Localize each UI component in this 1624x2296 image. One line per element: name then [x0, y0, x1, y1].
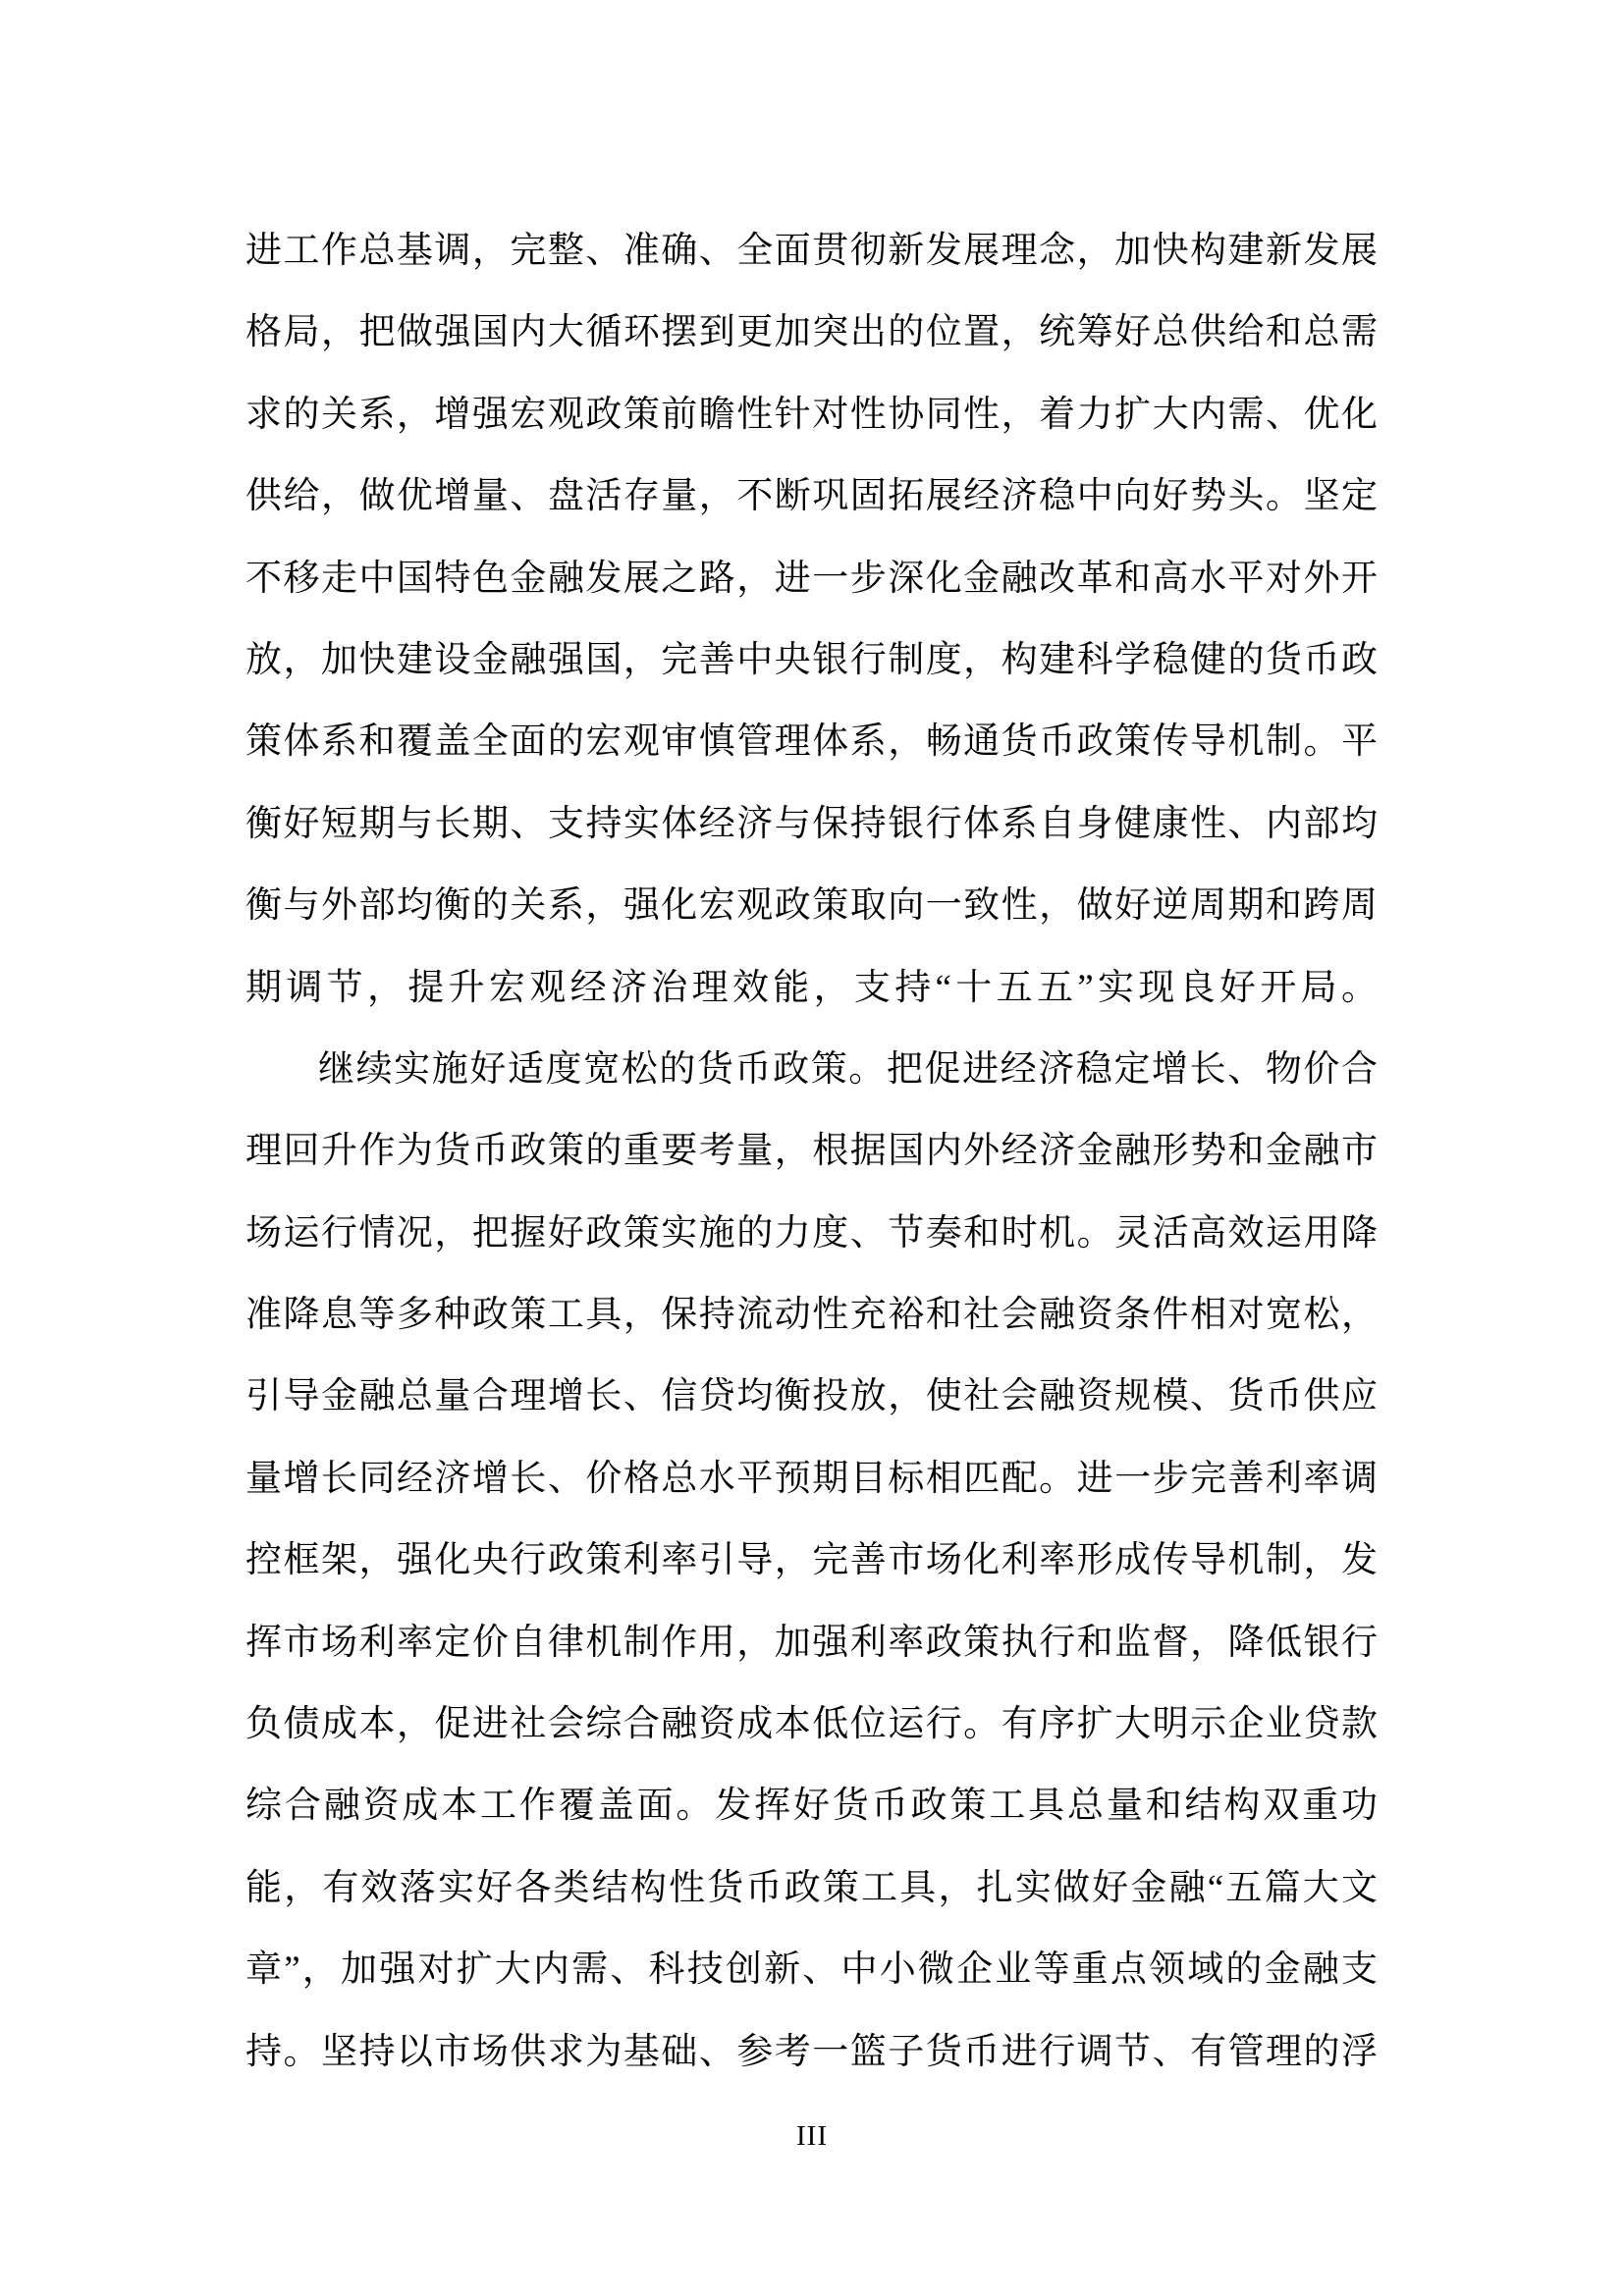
body-text: 进工作总基调，完整、准确、全面贯彻新发展理念，加快构建新发展格局，把做强国内大循… [245, 210, 1378, 2093]
body-line: 衡与外部均衡的关系，强化宏观政策取向一致性，做好逆周期和跨周 [245, 865, 1378, 946]
body-line: 继续实施好适度宽松的货币政策。把促进经济稳定增长、物价合 [245, 1029, 1378, 1110]
body-line: 综合融资成本工作覆盖面。发挥好货币政策工具总量和结构双重功 [245, 1765, 1378, 1846]
body-line: 量增长同经济增长、价格总水平预期目标相匹配。进一步完善利率调 [245, 1438, 1378, 1520]
body-line: 理回升作为货币政策的重要考量，根据国内外经济金融形势和金融市 [245, 1110, 1378, 1192]
body-line: 挥市场利率定价自律机制作用，加强利率政策执行和监督，降低银行 [245, 1602, 1378, 1683]
body-line: 章”，加强对扩大内需、科技创新、中小微企业等重点领域的金融支 [245, 1929, 1378, 2010]
body-line: 格局，把做强国内大循环摆到更加突出的位置，统筹好总供给和总需 [245, 292, 1378, 373]
document-page: 进工作总基调，完整、准确、全面贯彻新发展理念，加快构建新发展格局，把做强国内大循… [0, 0, 1624, 2296]
body-line: 引导金融总量合理增长、信贷均衡投放，使社会融资规模、货币供应 [245, 1356, 1378, 1437]
body-line: 进工作总基调，完整、准确、全面贯彻新发展理念，加快构建新发展 [245, 210, 1378, 292]
body-line: 控框架，强化央行政策利率引导，完善市场化利率形成传导机制，发 [245, 1520, 1378, 1601]
body-line: 放，加快建设金融强国，完善中央银行制度，构建科学稳健的货币政 [245, 619, 1378, 701]
body-line: 策体系和覆盖全面的宏观审慎管理体系，畅通货币政策传导机制。平 [245, 701, 1378, 782]
body-line: 求的关系，增强宏观政策前瞻性针对性协同性，着力扩大内需、优化 [245, 374, 1378, 455]
body-line: 衡好短期与长期、支持实体经济与保持银行体系自身健康性、内部均 [245, 783, 1378, 865]
body-line: 持。坚持以市场供求为基础、参考一篮子货币进行调节、有管理的浮 [245, 2011, 1378, 2093]
body-line: 期调节，提升宏观经济治理效能，支持“十五五”实现良好开局。 [245, 947, 1378, 1029]
body-line: 能，有效落实好各类结构性货币政策工具，扎实做好金融“五篇大文 [245, 1847, 1378, 1929]
body-line: 场运行情况，把握好政策实施的力度、节奏和时机。灵活高效运用降 [245, 1193, 1378, 1274]
body-line: 不移走中国特色金融发展之路，进一步深化金融改革和高水平对外开 [245, 538, 1378, 619]
body-line: 准降息等多种政策工具，保持流动性充裕和社会融资条件相对宽松， [245, 1274, 1378, 1356]
page-number: III [0, 2120, 1624, 2153]
body-line: 供给，做优增量、盘活存量，不断巩固拓展经济稳中向好势头。坚定 [245, 455, 1378, 537]
body-line: 负债成本，促进社会综合融资成本低位运行。有序扩大明示企业贷款 [245, 1683, 1378, 1765]
